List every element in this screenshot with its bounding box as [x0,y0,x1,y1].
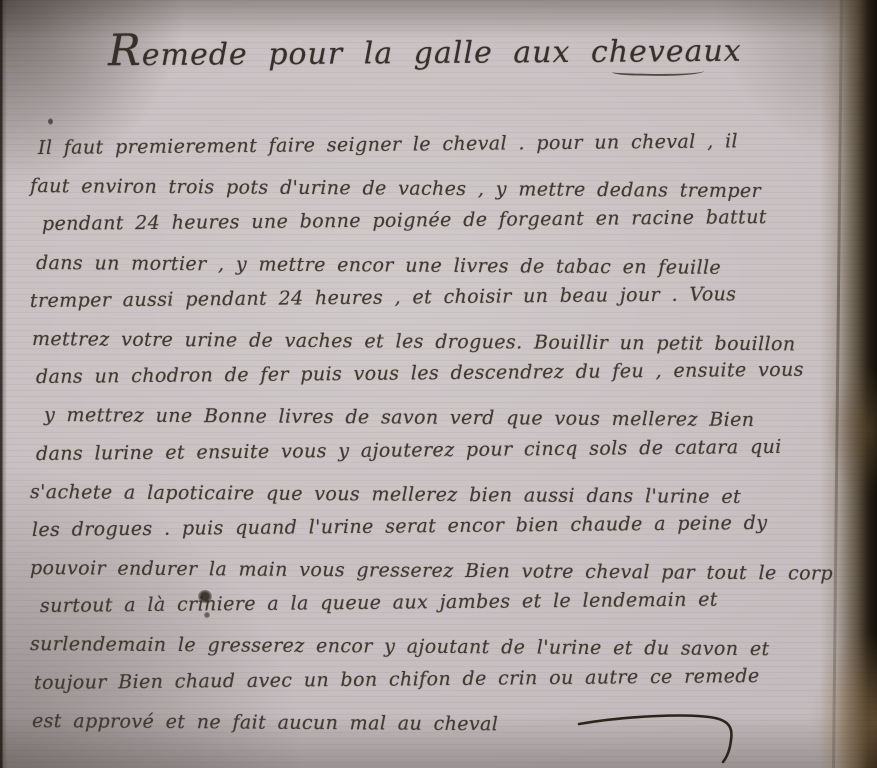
manuscript-line: dans un chodron de fer puis vous les des… [36,351,825,397]
ink-blot [204,612,210,618]
manuscript-page-photo: Remede pour la galle aux cheveaux Il fau… [0,0,877,768]
ink-blot [48,118,53,125]
manuscript-line: les drogues . puis quand l'urine serat e… [32,503,825,549]
manuscript-line: toujour Bien chaud avec un bon chifon de… [34,656,825,702]
manuscript-body: Il faut premierement faire seigner le ch… [30,129,825,740]
manuscript-line: Il faut premierement faire seigner le ch… [38,121,825,167]
manuscript-line: pendant 24 heures une bonne poignée de f… [42,198,825,244]
ink-blot [198,590,212,603]
manuscript-line: tremper aussi pendant 24 heures , et cho… [30,274,825,320]
manuscript-line: surtout a là criniere a la queue aux jam… [40,580,825,626]
page-curl-crease [832,0,843,768]
title-flourish [612,65,704,77]
end-flourish [577,708,757,766]
manuscript-line: dans lurine et ensuite vous y ajouterez … [36,427,825,473]
